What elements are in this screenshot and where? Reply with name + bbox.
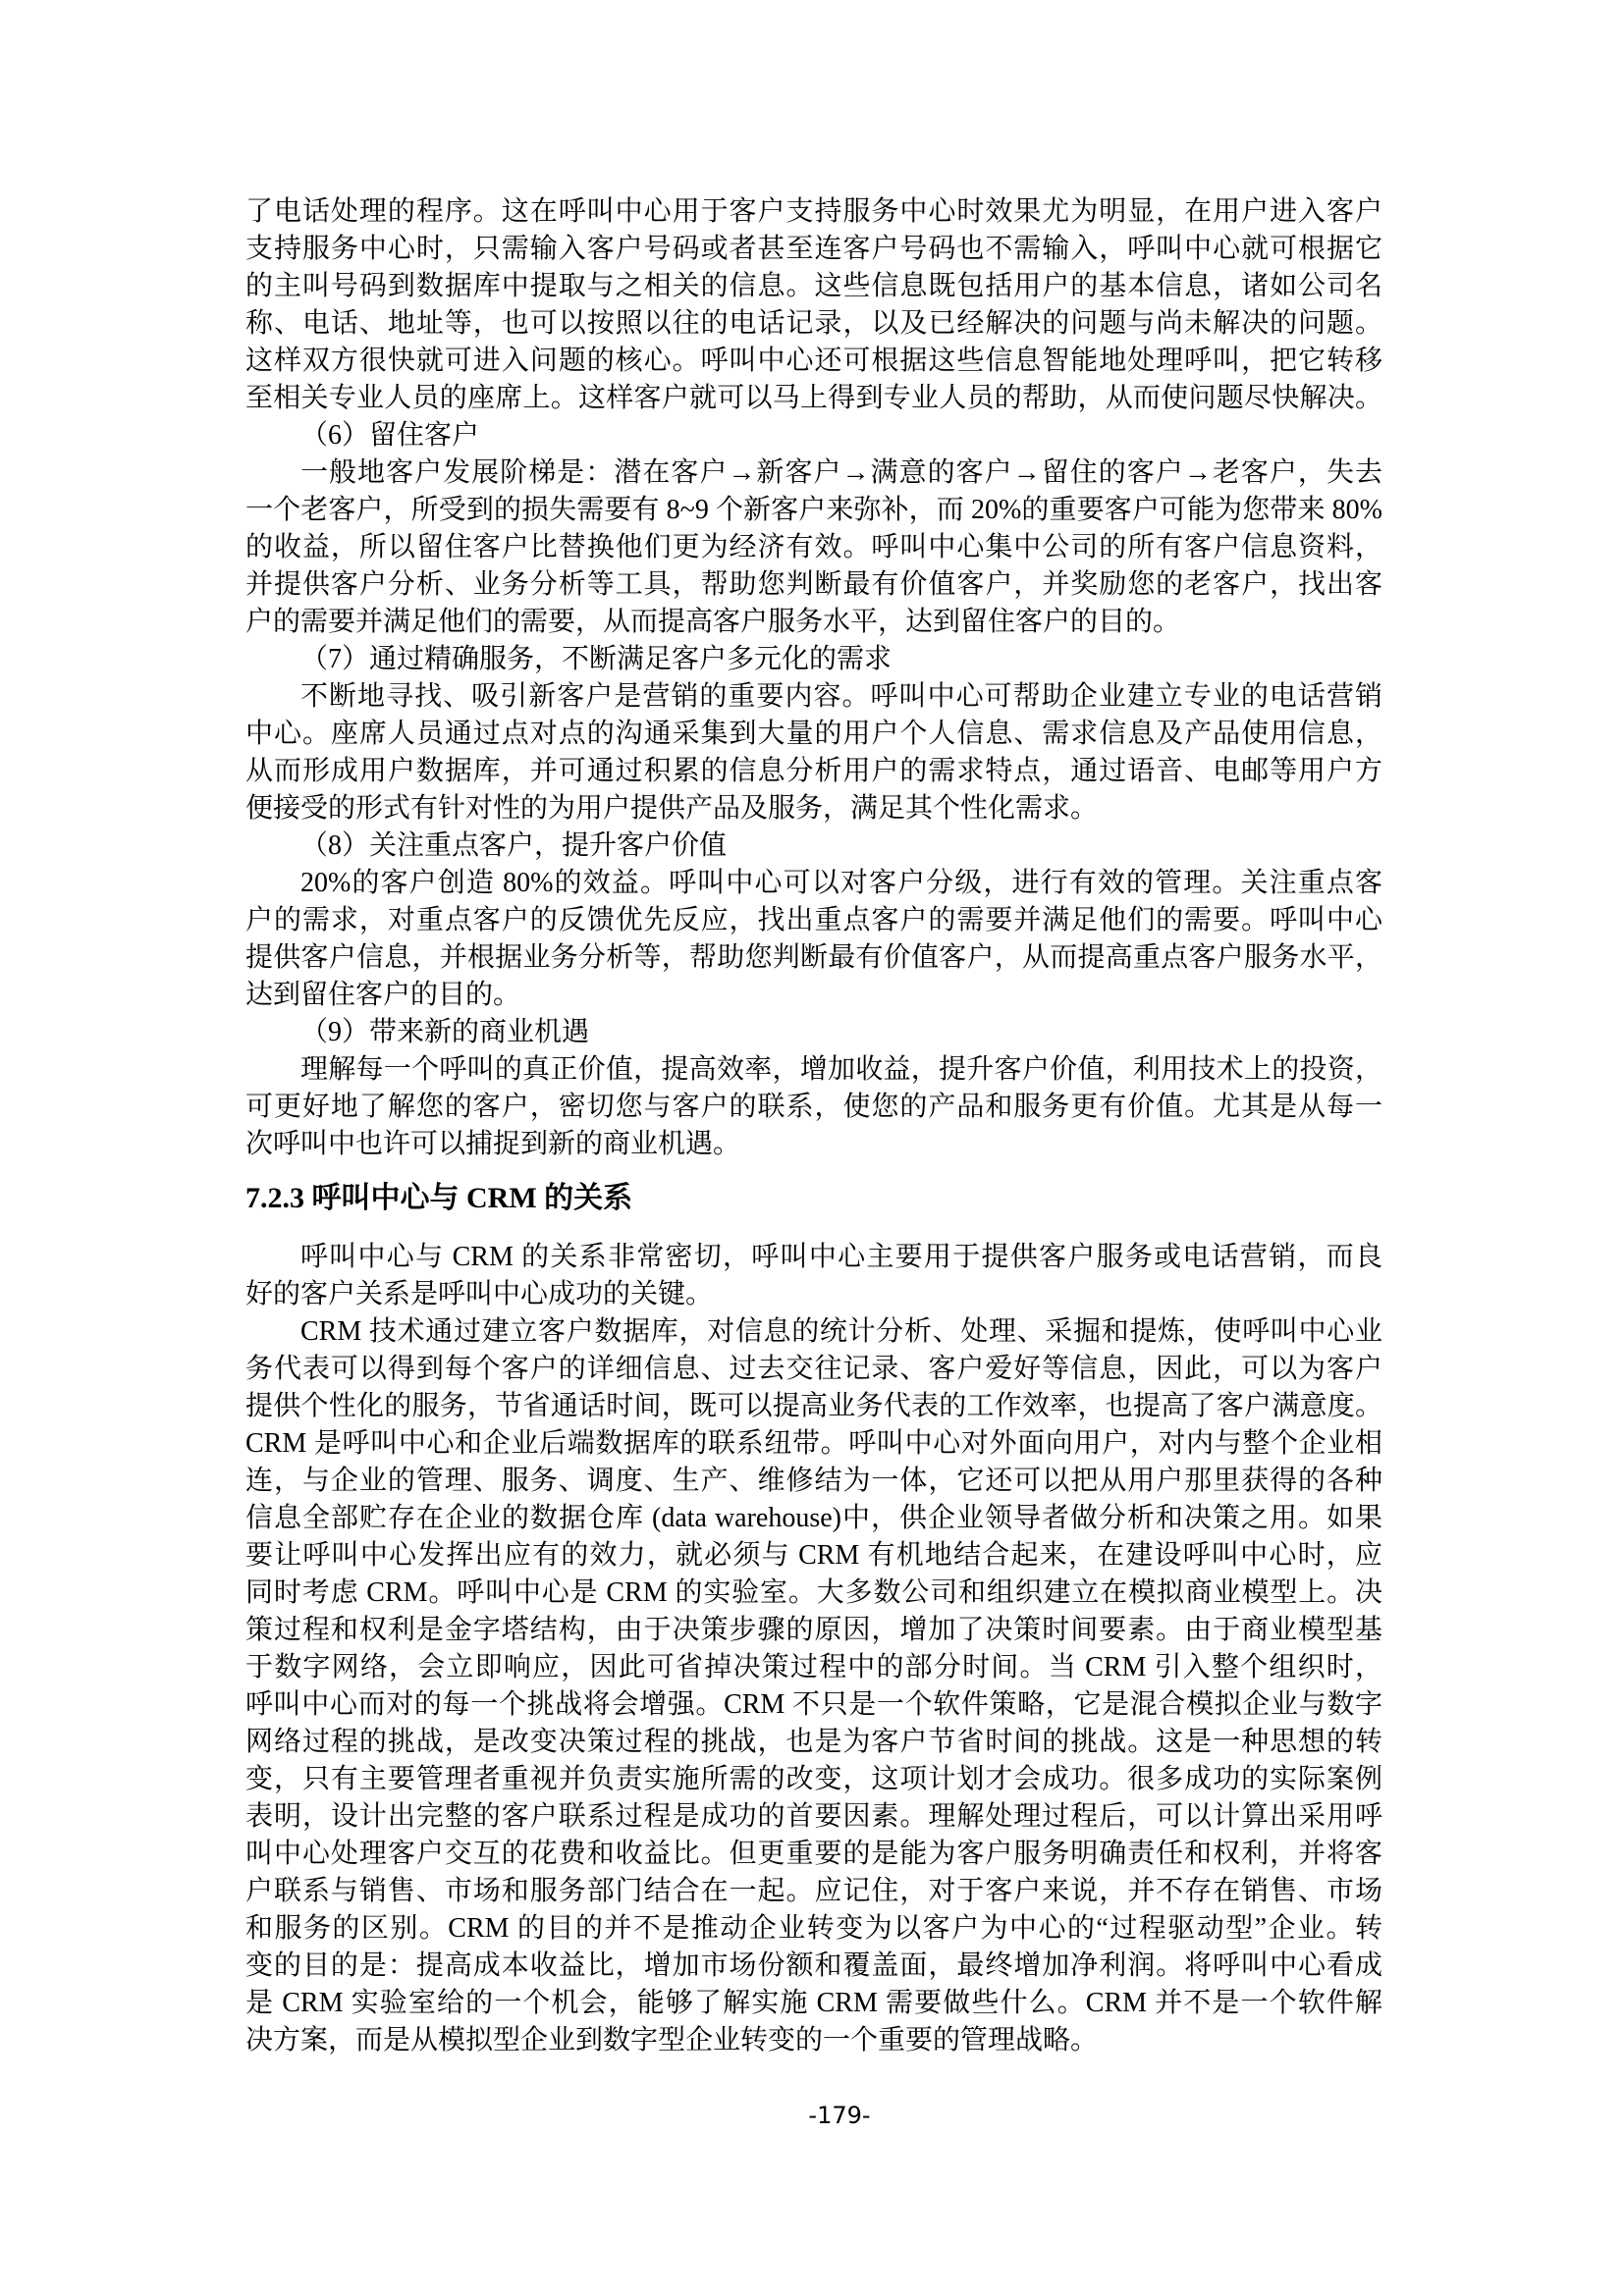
text-line: 提供个性化的服务，节省通话时间，既可以提高业务代表的工作效率，也提高了客户满意度… xyxy=(245,1388,1382,1425)
text-line: 变，只有主要管理者重视并负责实施所需的改变，这项计划才会成功。很多成功的实际案例 xyxy=(245,1761,1382,1798)
text-line: 了电话处理的程序。这在呼叫中心用于客户支持服务中心时效果尤为明显，在用户进入客户 xyxy=(245,193,1382,231)
text-line: 是 CRM 实验室给的一个机会，能够了解实施 CRM 需要做些什么。CRM 并不… xyxy=(245,1985,1382,2022)
text-line: 从而形成用户数据库，并可通过积累的信息分析用户的需求特点，通过语音、电邮等用户方 xyxy=(245,753,1382,790)
text-line: 网络过程的挑战，是改变决策过程的挑战，也是为客户节省时间的挑战。这是一种思想的转 xyxy=(245,1724,1382,1761)
text-line: 务代表可以得到每个客户的详细信息、过去交往记录、客户爱好等信息，因此，可以为客户 xyxy=(245,1351,1382,1388)
page-text-block: 了电话处理的程序。这在呼叫中心用于客户支持服务中心时效果尤为明显，在用户进入客户… xyxy=(245,193,1382,2059)
text-line: 户联系与销售、市场和服务部门结合在一起。应记住，对于客户来说，并不存在销售、市场 xyxy=(245,1873,1382,1910)
text-line: 一个老客户，所受到的损失需要有 8~9 个新客户来弥补，而 20%的重要客户可能… xyxy=(245,492,1382,529)
text-line: 连，与企业的管理、服务、调度、生产、维修结为一体，它还可以把从用户那里获得的各种 xyxy=(245,1463,1382,1500)
text-line: 的收益，所以留住客户比替换他们更为经济有效。呼叫中心集中公司的所有客户信息资料， xyxy=(245,529,1382,566)
document-page: 了电话处理的程序。这在呼叫中心用于客户支持服务中心时效果尤为明显，在用户进入客户… xyxy=(0,0,1624,2296)
text-line: CRM 技术通过建立客户数据库，对信息的统计分析、处理、采掘和提炼，使呼叫中心业 xyxy=(245,1313,1382,1351)
text-line: 变的目的是：提高成本收益比，增加市场份额和覆盖面，最终增加净利润。将呼叫中心看成 xyxy=(245,1948,1382,1985)
page-number: -179- xyxy=(808,2102,870,2129)
text-line: 提供客户信息，并根据业务分析等，帮助您判断最有价值客户，从而提高重点客户服务水平… xyxy=(245,939,1382,977)
text-line: 好的客户关系是呼叫中心成功的关键。 xyxy=(245,1276,1382,1313)
list-item-heading: （7）通过精确服务，不断满足客户多元化的需求 xyxy=(245,641,1382,678)
text-line: 一般地客户发展阶梯是：潜在客户→新客户→满意的客户→留住的客户→老客户，失去 xyxy=(245,454,1382,492)
list-item-heading: （9）带来新的商业机遇 xyxy=(245,1014,1382,1051)
text-line: 称、电话、地址等，也可以按照以往的电话记录，以及已经解决的问题与尚未解决的问题。 xyxy=(245,305,1382,343)
text-line: 叫中心处理客户交互的花费和收益比。但更重要的是能为客户服务明确责任和权利，并将客 xyxy=(245,1836,1382,1873)
text-line: 呼叫中心与 CRM 的关系非常密切，呼叫中心主要用于提供客户服务或电话营销，而良 xyxy=(245,1239,1382,1276)
text-line: 并提供客户分析、业务分析等工具，帮助您判断最有价值客户，并奖励您的老客户，找出客 xyxy=(245,566,1382,604)
text-line: 20%的客户创造 80%的效益。呼叫中心可以对客户分级，进行有效的管理。关注重点… xyxy=(245,865,1382,902)
text-line: 同时考虑 CRM。呼叫中心是 CRM 的实验室。大多数公司和组织建立在模拟商业模… xyxy=(245,1575,1382,1612)
text-line: 于数字网络，会立即响应，因此可省掉决策过程中的部分时间。当 CRM 引入整个组织… xyxy=(245,1649,1382,1686)
text-line: 要让呼叫中心发挥出应有的效力，就必须与 CRM 有机地结合起来，在建设呼叫中心时… xyxy=(245,1537,1382,1575)
text-line: 户的需求，对重点客户的反馈优先反应，找出重点客户的需要并满足他们的需要。呼叫中心 xyxy=(245,902,1382,939)
text-line: 中心。座席人员通过点对点的沟通采集到大量的用户个人信息、需求信息及产品使用信息， xyxy=(245,716,1382,753)
text-line: 支持服务中心时，只需输入客户号码或者甚至连客户号码也不需输入，呼叫中心就可根据它 xyxy=(245,231,1382,268)
text-line: 决方案，而是从模拟型企业到数字型企业转变的一个重要的管理战略。 xyxy=(245,2022,1382,2059)
text-line: 的主叫号码到数据库中提取与之相关的信息。这些信息既包括用户的基本信息，诸如公司名 xyxy=(245,268,1382,305)
text-line: 这样双方很快就可进入问题的核心。呼叫中心还可根据这些信息智能地处理呼叫，把它转移 xyxy=(245,343,1382,380)
text-line: 便接受的形式有针对性的为用户提供产品及服务，满足其个性化需求。 xyxy=(245,790,1382,828)
text-line: 户的需要并满足他们的需要，从而提高客户服务水平，达到留住客户的目的。 xyxy=(245,604,1382,641)
text-line: 至相关专业人员的座席上。这样客户就可以马上得到专业人员的帮助，从而使问题尽快解决… xyxy=(245,380,1382,417)
text-line: 可更好地了解您的客户，密切您与客户的联系，使您的产品和服务更有价值。尤其是从每一 xyxy=(245,1089,1382,1126)
section-heading: 7.2.3 呼叫中心与 CRM 的关系 xyxy=(245,1180,1382,1217)
text-line: 次呼叫中也许可以捕捉到新的商业机遇。 xyxy=(245,1126,1382,1163)
text-line: 和服务的区别。CRM 的目的并不是推动企业转变为以客户为中心的“过程驱动型”企业… xyxy=(245,1910,1382,1948)
text-line: 达到留住客户的目的。 xyxy=(245,977,1382,1014)
text-line: CRM 是呼叫中心和企业后端数据库的联系纽带。呼叫中心对外面向用户，对内与整个企… xyxy=(245,1425,1382,1463)
text-line: 信息全部贮存在企业的数据仓库 (data warehouse)中，供企业领导者做… xyxy=(245,1500,1382,1537)
text-line: 理解每一个呼叫的真正价值，提高效率，增加收益，提升客户价值，利用技术上的投资， xyxy=(245,1051,1382,1089)
text-line: 不断地寻找、吸引新客户是营销的重要内容。呼叫中心可帮助企业建立专业的电话营销 xyxy=(245,678,1382,716)
list-item-heading: （6）留住客户 xyxy=(245,417,1382,454)
text-line: 表明，设计出完整的客户联系过程是成功的首要因素。理解处理过程后，可以计算出采用呼 xyxy=(245,1798,1382,1836)
text-line: 策过程和权利是金字塔结构，由于决策步骤的原因，增加了决策时间要素。由于商业模型基 xyxy=(245,1612,1382,1649)
list-item-heading: （8）关注重点客户，提升客户价值 xyxy=(245,828,1382,865)
text-line: 呼叫中心而对的每一个挑战将会增强。CRM 不只是一个软件策略，它是混合模拟企业与… xyxy=(245,1686,1382,1724)
